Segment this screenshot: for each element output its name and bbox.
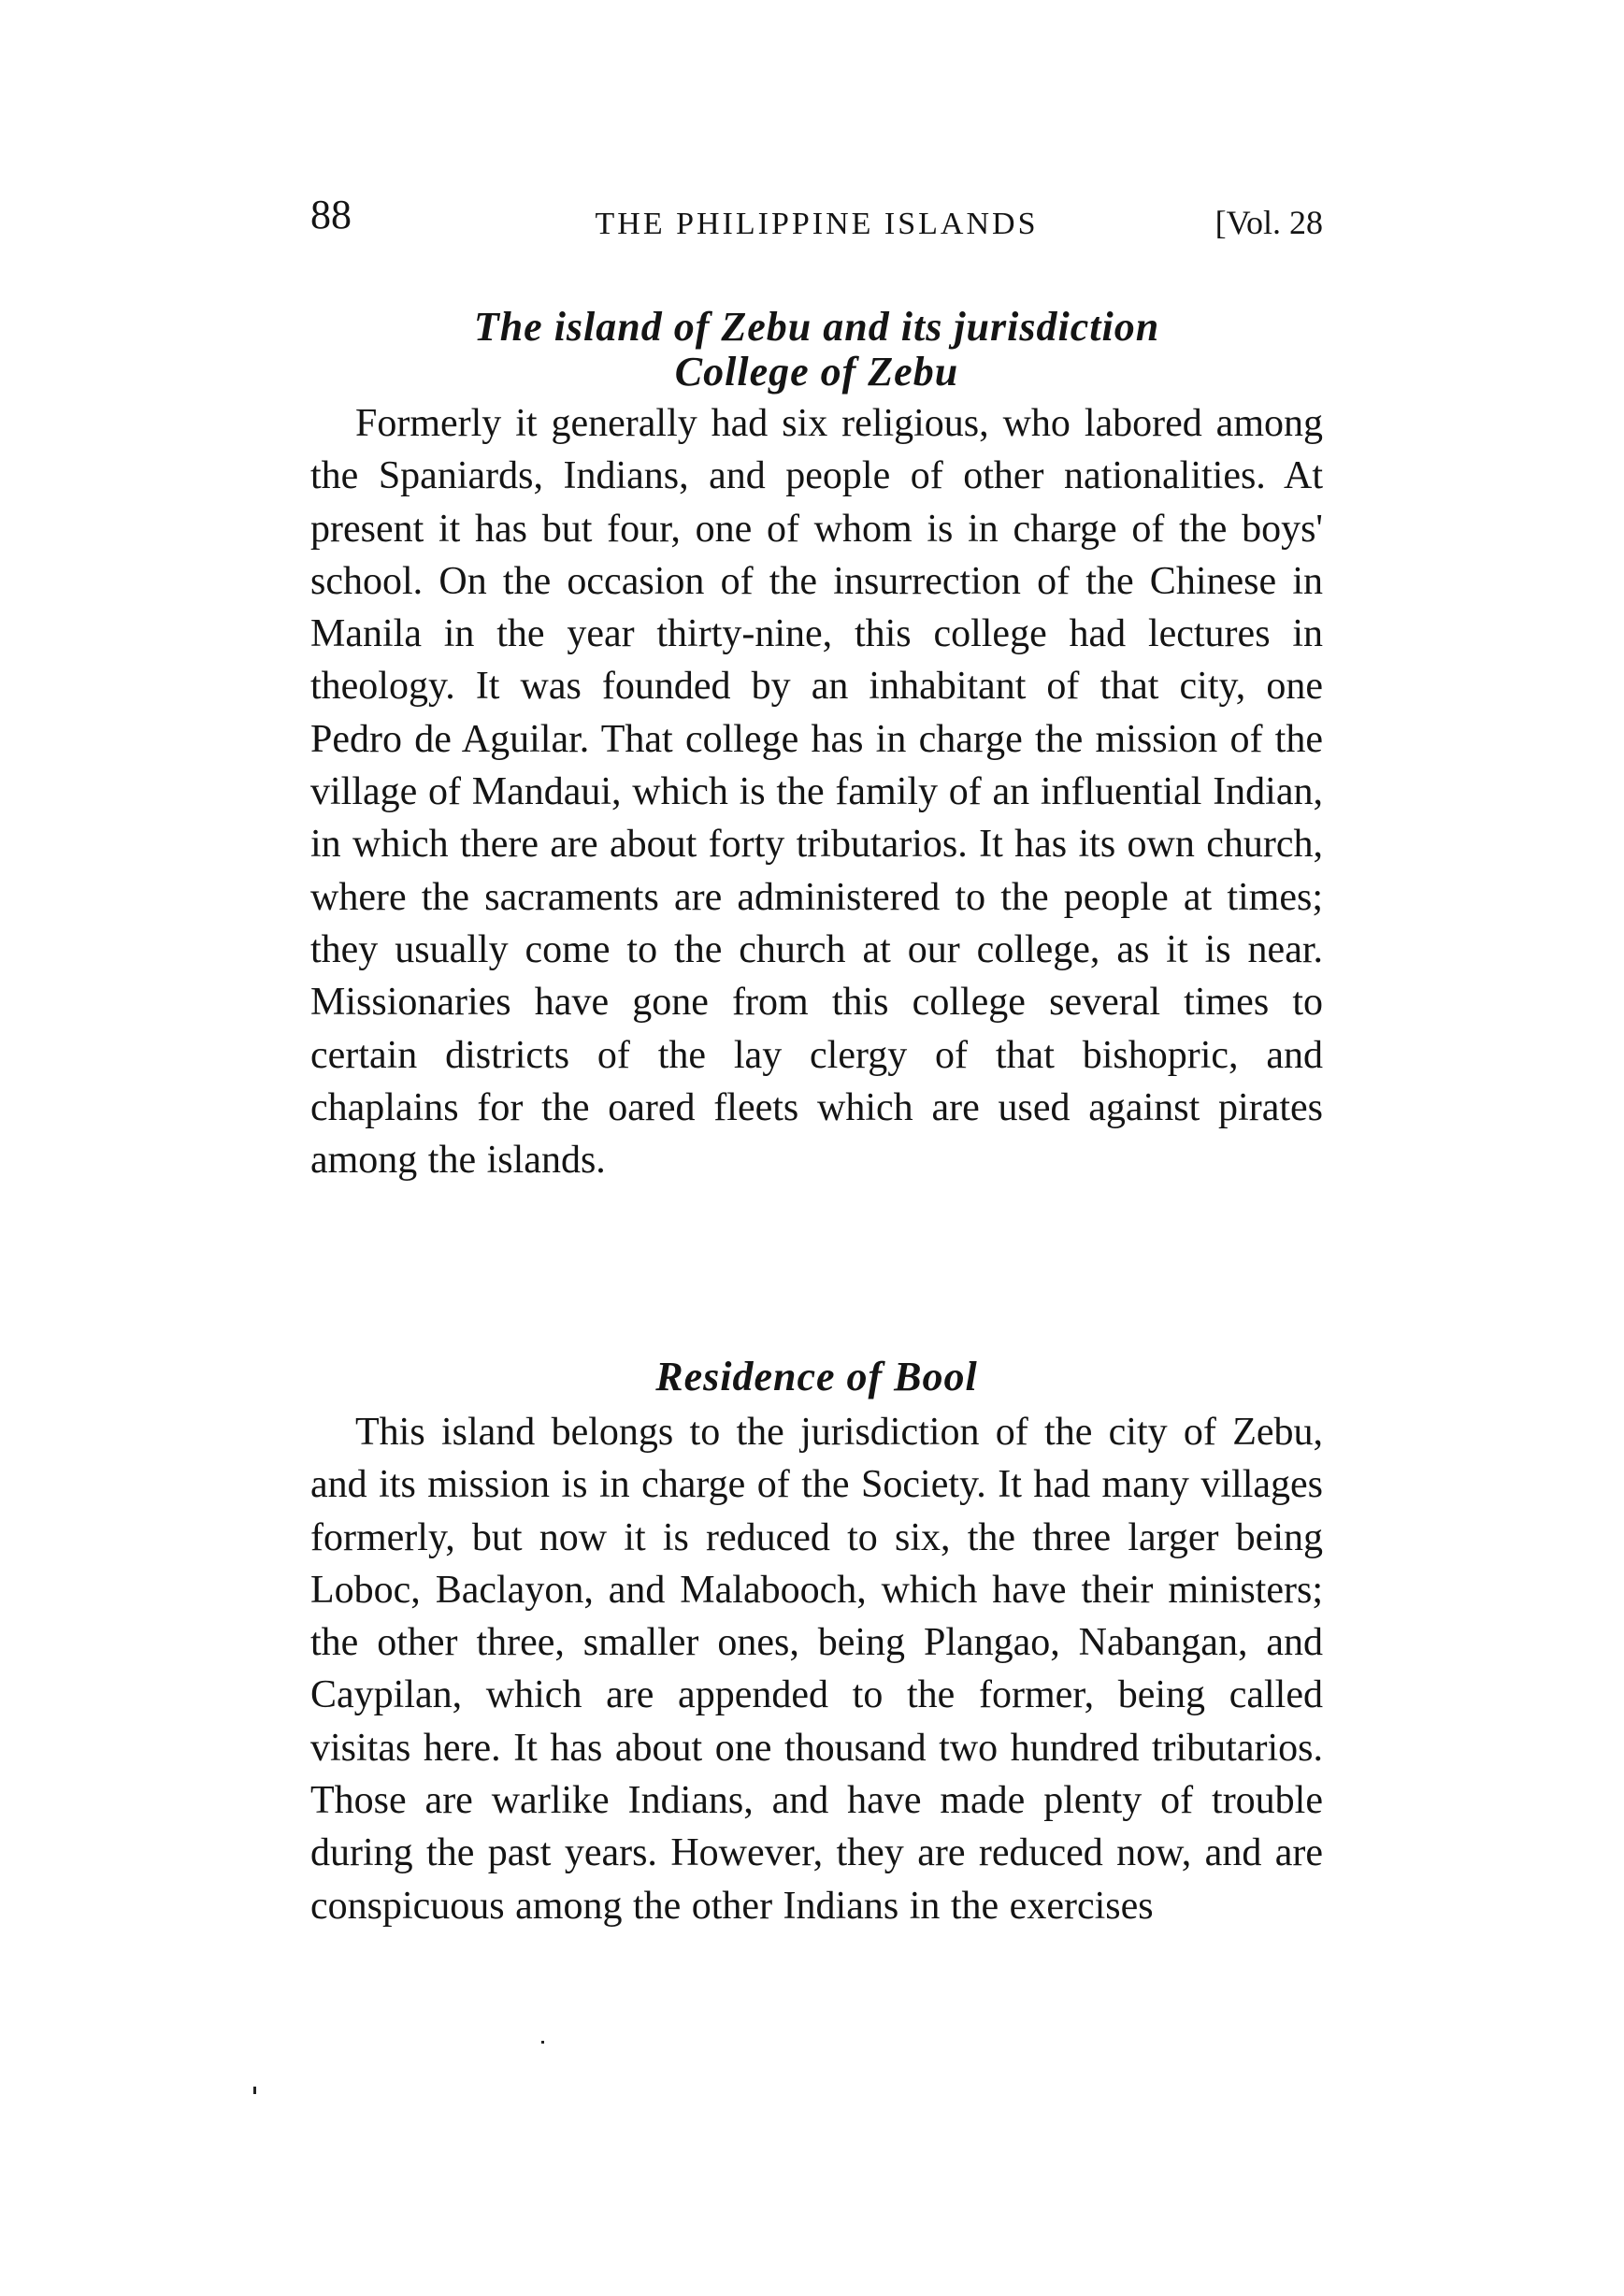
section-subheading: College of Zebu (310, 349, 1323, 395)
body-paragraph: Formerly it generally had six religious,… (310, 397, 1323, 1186)
section-heading: The island of Zebu and its jurisdiction (310, 304, 1323, 351)
running-head: 88 THE PHILIPPINE ISLANDS [Vol. 28 (310, 194, 1323, 247)
stray-ink-mark (541, 2041, 544, 2044)
book-title: THE PHILIPPINE ISLANDS (310, 198, 1323, 251)
section-bool: Residence of Bool This island belongs to… (310, 1354, 1323, 1932)
section-zebu: The island of Zebu and its jurisdiction … (310, 304, 1323, 1186)
stray-ink-mark (253, 2087, 256, 2094)
section-heading: Residence of Bool (310, 1354, 1323, 1400)
body-paragraph: This island belongs to the jurisdiction … (310, 1406, 1323, 1932)
volume-label: [Vol. 28 (1215, 196, 1323, 249)
